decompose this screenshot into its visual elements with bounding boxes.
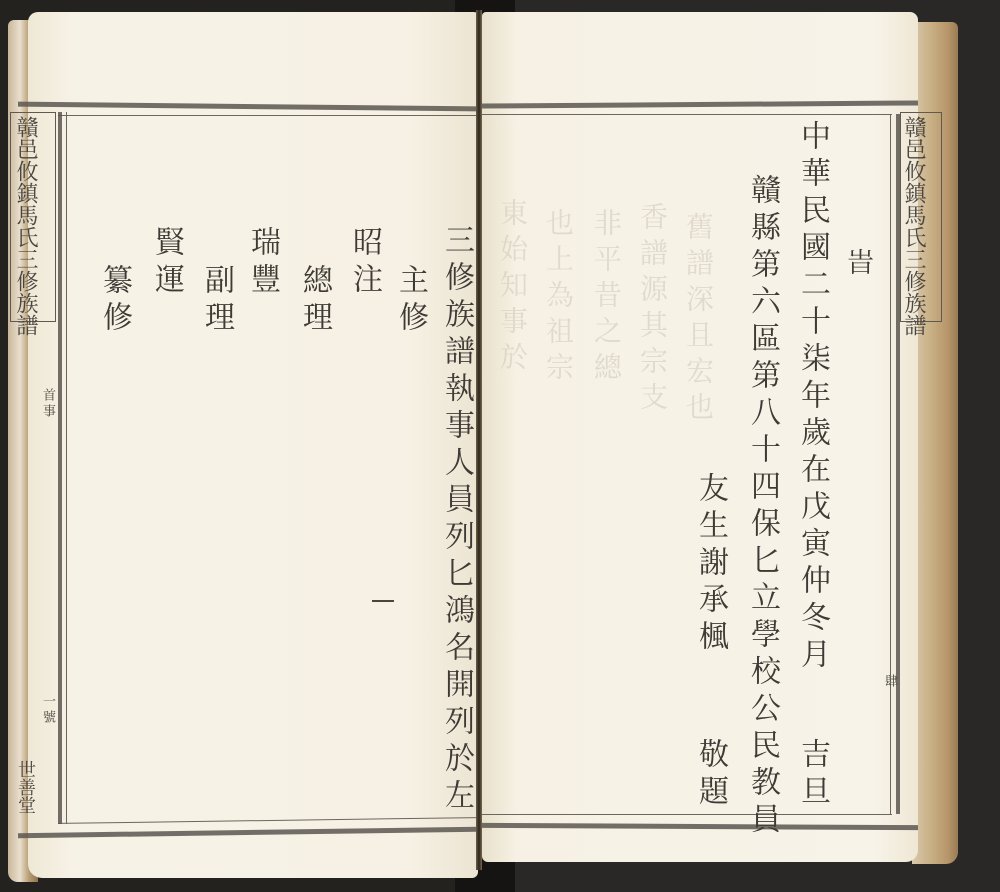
- bleed-through-text-2: 也上為祖宗: [538, 208, 578, 388]
- date-suffix: 吉旦: [790, 738, 834, 812]
- role-deputy-manager: 副理: [194, 264, 238, 338]
- frame-left-thick: [58, 112, 62, 824]
- right-page: 東始知事於 也上為祖宗 非平昔之總 香譜源其宗支 舊譜深且宏也 中華民國二十柒年…: [482, 12, 918, 862]
- frame-bottom-thin: [482, 814, 892, 815]
- margin-number: 一號: [38, 694, 57, 726]
- heading-column: 三修族譜執事人員列匕鴻名開列於左: [434, 224, 478, 816]
- margin-section-label: 首事: [38, 388, 57, 420]
- left-page: 贛邑攸鎮馬氏三修族譜 首事 一號 世善堂 三修族譜執事人員列匕鴻名開列於左 主修…: [28, 12, 478, 878]
- frame-bottom-thick: [482, 823, 918, 830]
- bleed-through-text-3: 非平昔之總: [586, 208, 626, 388]
- end-mark: 旹: [838, 248, 877, 281]
- margin-title: 贛邑攸鎮馬氏三修族譜: [14, 116, 36, 336]
- role-chief-editor: 主修: [388, 264, 432, 338]
- bleed-through-text-4: 香譜源其宗支: [632, 202, 672, 418]
- date-line: 中華民國二十柒年歲在戊寅仲冬月: [790, 120, 834, 675]
- frame-left-thin: [66, 112, 67, 824]
- frame-top-thin: [58, 115, 478, 116]
- author-line: 友生謝承楓: [688, 472, 732, 657]
- name-xianyun: 賢運: [144, 226, 188, 300]
- margin-title: 贛邑攸鎮馬氏三修族譜: [902, 116, 924, 336]
- author-suffix: 敬題: [688, 738, 732, 812]
- frame-top-thick: [18, 102, 478, 112]
- place-line: 贛縣第六區第八十四保匕立學校公民教員: [740, 174, 784, 840]
- name-zhaozhu: 昭注: [342, 226, 386, 300]
- frame-bottom-thin: [58, 817, 478, 824]
- frame-top-thin: [482, 114, 892, 115]
- bleed-through-text-1: 東始知事於: [492, 198, 532, 378]
- frame-bottom-thick: [18, 827, 478, 838]
- margin-page-number: 肆: [880, 674, 899, 690]
- role-compiler: 纂修: [92, 264, 136, 338]
- bleed-through-text-5: 舊譜深且宏也: [678, 212, 718, 428]
- name-ruifeng: 瑞豐: [240, 226, 284, 300]
- role-general-manager: 總理: [292, 264, 336, 338]
- dash-mark: [372, 600, 394, 602]
- margin-hall-name: 世善堂: [16, 760, 34, 814]
- frame-top-thick: [482, 100, 918, 108]
- frame-right-thin: [890, 114, 891, 814]
